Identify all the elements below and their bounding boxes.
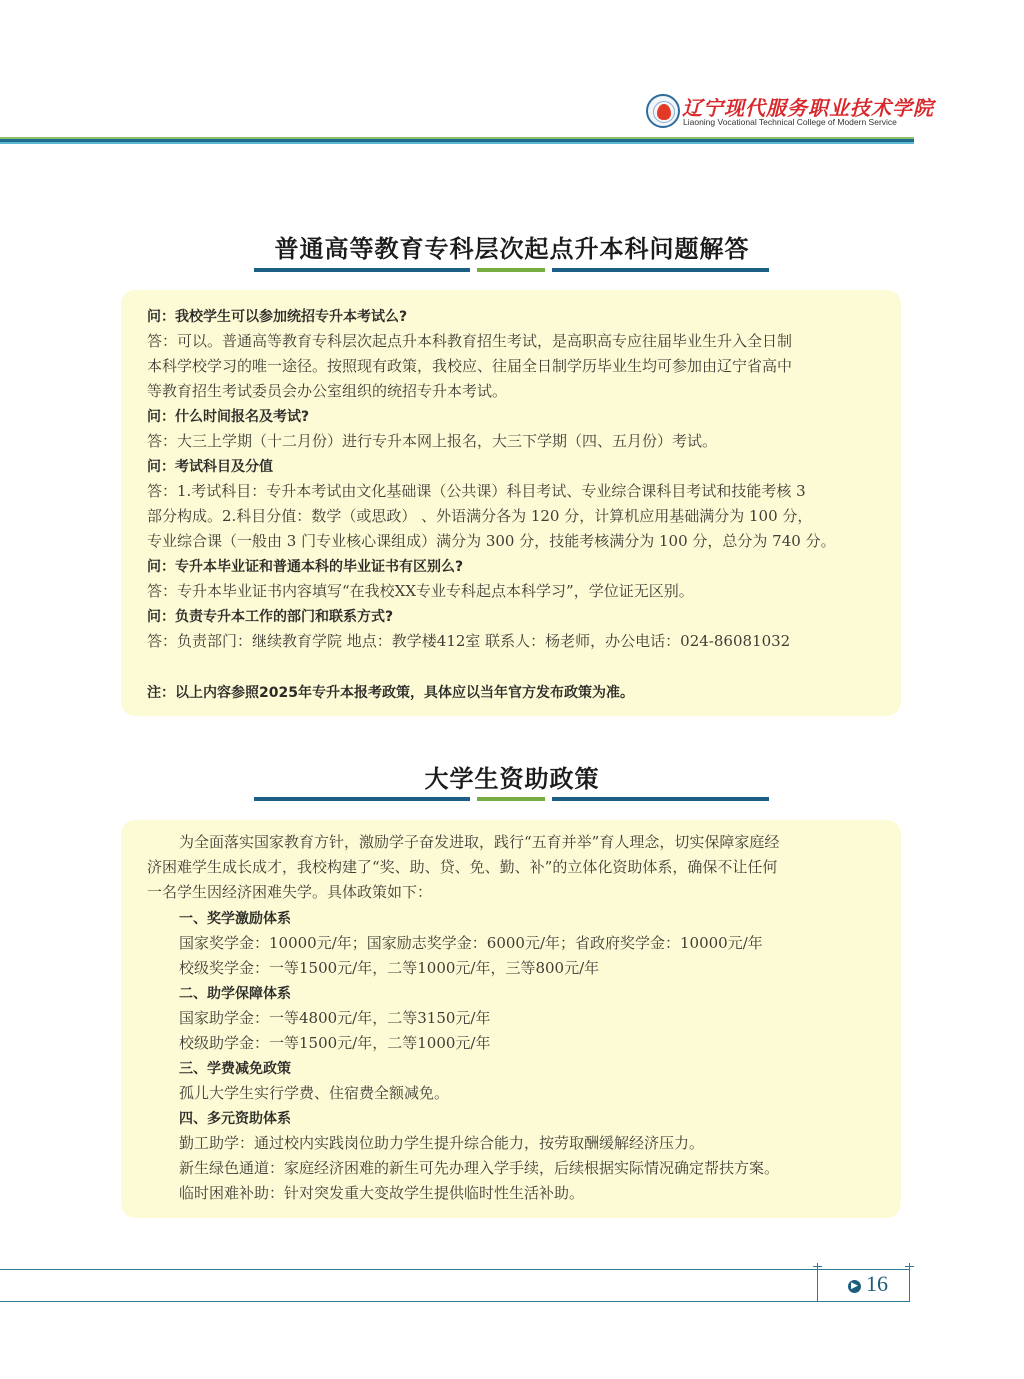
play-circle-icon: ▶ bbox=[848, 1280, 861, 1293]
page-number: 16 bbox=[866, 1271, 888, 1297]
header-divider bbox=[0, 137, 914, 144]
aid-policy-panel: 为全面落实国家教育方针，激励学子奋发进取，践行“五育并举”育人理念，切实保障家庭… bbox=[121, 820, 901, 1218]
aid-intro-line: 济困难学生成长成才，我校构建了“奖、助、贷、免、勤、补”的立体化资助体系，确保不… bbox=[147, 856, 777, 877]
aid-item: 新生绿色通道：家庭经济困难的新生可先办理入学手续，后续根据实际情况确定帮扶方案。 bbox=[179, 1157, 779, 1178]
faq-answer: 部分构成。2.科目分值：数学（或思政） 、外语满分各为 120 分，计算机应用基… bbox=[147, 505, 812, 526]
faq-answer: 答：可以。普通高等教育专科层次起点升本科教育招生考试，是高职高专应往届毕业生升入… bbox=[147, 330, 792, 351]
faq-answer: 答：负责部门：继续教育学院 地点：教学楼412室 联系人：杨老师，办公电话：02… bbox=[147, 630, 790, 651]
faq-answer: 本科学校学习的唯一途径。按照现有政策，我校应、往届全日制学历毕业生均可参加由辽宁… bbox=[147, 355, 792, 376]
faq-question: 问：我校学生可以参加统招专升本考试么? bbox=[147, 306, 407, 326]
aid-item: 国家助学金：一等4800元/年，二等3150元/年 bbox=[179, 1007, 490, 1028]
faq-note: 注：以上内容参照2025年专升本报考政策，具体应以当年官方发布政策为准。 bbox=[147, 682, 634, 702]
aid-intro-line: 一名学生因经济困难失学。具体政策如下： bbox=[147, 881, 432, 902]
faq-question: 问：专升本毕业证和普通本科的毕业证书有区别么? bbox=[147, 556, 463, 576]
crop-mark bbox=[813, 1266, 822, 1267]
faq-answer: 等教育招生考试委员会办公室组织的统招专升本考试。 bbox=[147, 380, 507, 401]
faq-answer: 答：大三上学期（十二月份）进行专升本网上报名，大三下学期（四、五月份）考试。 bbox=[147, 430, 717, 451]
faq-answer: 答：专升本毕业证书内容填写“在我校XX专业专科起点本科学习”，学位证无区别。 bbox=[147, 580, 694, 601]
footer-divider bbox=[909, 1263, 910, 1302]
aid-item: 校级助学金：一等1500元/年，二等1000元/年 bbox=[179, 1032, 490, 1053]
aid-item: 校级奖学金：一等1500元/年，二等1000元/年，三等800元/年 bbox=[179, 957, 599, 978]
aid-intro-line: 为全面落实国家教育方针，激励学子奋发进取，践行“五育并举”育人理念，切实保障家庭… bbox=[179, 831, 779, 852]
aid-item: 勤工助学：通过校内实践岗位助力学生提升综合能力，按劳取酬缓解经济压力。 bbox=[179, 1132, 704, 1153]
aid-heading-tuition-waiver: 三、学费减免政策 bbox=[179, 1058, 291, 1078]
section-title-financial-aid: 大学生资助政策 bbox=[0, 759, 1024, 794]
aid-item: 国家奖学金：10000元/年；国家励志奖学金：6000元/年；省政府奖学金：10… bbox=[179, 932, 763, 953]
college-logo: 辽宁现代服务职业技术学院 Liaoning Vocational Technic… bbox=[646, 94, 918, 134]
aid-item: 孤儿大学生实行学费、住宿费全额减免。 bbox=[179, 1082, 449, 1103]
crop-mark bbox=[905, 1266, 914, 1267]
footer-divider bbox=[817, 1263, 818, 1302]
aid-heading-scholarship: 一、奖学激励体系 bbox=[179, 908, 291, 928]
aid-item: 临时困难补助：针对突发重大变故学生提供临时性生活补助。 bbox=[179, 1182, 584, 1203]
college-emblem-icon bbox=[646, 94, 680, 128]
aid-heading-grant: 二、助学保障体系 bbox=[179, 983, 291, 1003]
faq-question: 问：什么时间报名及考试? bbox=[147, 406, 309, 426]
faq-answer: 专业综合课（一般由 3 门专业核心课组成）满分为 300 分，技能考核满分为 1… bbox=[147, 530, 836, 551]
college-name-en: Liaoning Vocational Technical College of… bbox=[683, 117, 897, 127]
title-divider bbox=[254, 268, 769, 272]
footer-rule-bottom bbox=[0, 1301, 910, 1302]
faq-question: 问：考试科目及分值 bbox=[147, 456, 273, 476]
faq-answer: 答：1.考试科目：专升本考试由文化基础课（公共课）科目考试、专业综合课科目考试和… bbox=[147, 480, 806, 501]
faq-question: 问：负责专升本工作的部门和联系方式? bbox=[147, 606, 393, 626]
section-title-upgrade-faq: 普通高等教育专科层次起点升本科问题解答 bbox=[0, 229, 1024, 264]
faq-panel: 问：我校学生可以参加统招专升本考试么? 答：可以。普通高等教育专科层次起点升本科… bbox=[121, 290, 901, 716]
aid-heading-diverse-support: 四、多元资助体系 bbox=[179, 1108, 291, 1128]
footer-rule-top bbox=[0, 1269, 910, 1270]
title-divider bbox=[254, 797, 769, 801]
